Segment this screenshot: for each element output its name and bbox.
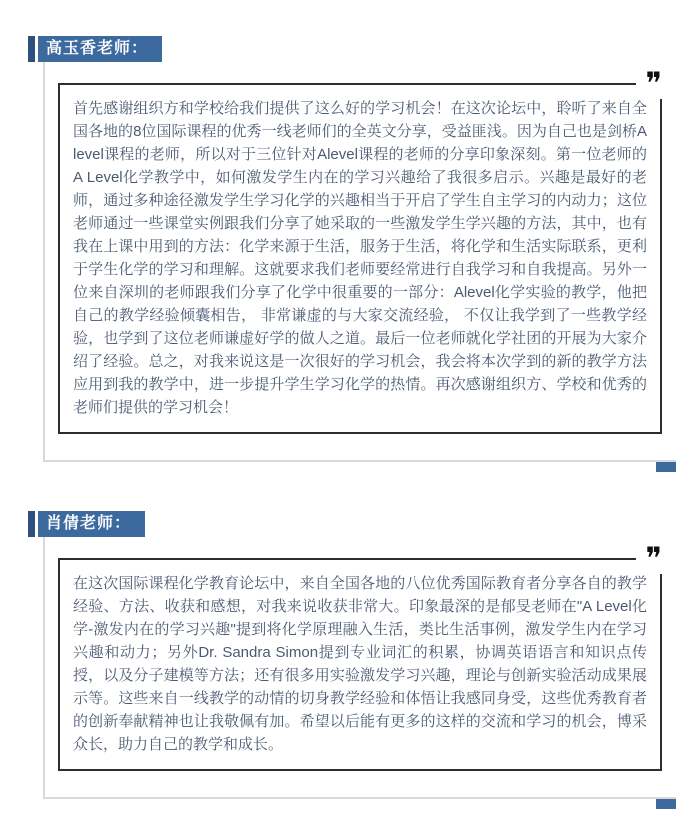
- section-header: 高玉香老师：: [28, 36, 676, 62]
- outer-frame: ❞ 在这次国际课程化学教育论坛中，来自全国各地的八位优秀国际教育者分享各自的教学…: [43, 537, 676, 799]
- closing-quote-icon: ❞: [636, 69, 662, 99]
- teacher-name-label: 肖倩老师：: [38, 511, 145, 537]
- accent-bar: [28, 36, 35, 62]
- closing-quote-icon: ❞: [636, 544, 662, 574]
- teacher-name-label: 高玉香老师：: [38, 36, 162, 62]
- quote-box: ❞ 在这次国际课程化学教育论坛中，来自全国各地的八位优秀国际教育者分享各自的教学…: [58, 558, 662, 771]
- section-teacher-gao: 高玉香老师： ❞ 首先感谢组织方和学校给我们提供了这么好的学习机会！在这次论坛中…: [28, 36, 676, 462]
- testimonial-text: 首先感谢组织方和学校给我们提供了这么好的学习机会！在这次论坛中，聆听了来自全国各…: [73, 97, 647, 419]
- accent-bar: [28, 511, 35, 537]
- section-header: 肖倩老师：: [28, 511, 676, 537]
- corner-accent-rect: [656, 799, 676, 809]
- testimonial-text: 在这次国际课程化学教育论坛中，来自全国各地的八位优秀国际教育者分享各自的教学经验…: [73, 572, 647, 756]
- article-page: 高玉香老师： ❞ 首先感谢组织方和学校给我们提供了这么好的学习机会！在这次论坛中…: [0, 0, 694, 799]
- outer-frame: ❞ 首先感谢组织方和学校给我们提供了这么好的学习机会！在这次论坛中，聆听了来自全…: [43, 62, 676, 462]
- corner-accent-rect: [656, 462, 676, 472]
- section-teacher-xiao: 肖倩老师： ❞ 在这次国际课程化学教育论坛中，来自全国各地的八位优秀国际教育者分…: [28, 511, 676, 799]
- quote-box: ❞ 首先感谢组织方和学校给我们提供了这么好的学习机会！在这次论坛中，聆听了来自全…: [58, 83, 662, 434]
